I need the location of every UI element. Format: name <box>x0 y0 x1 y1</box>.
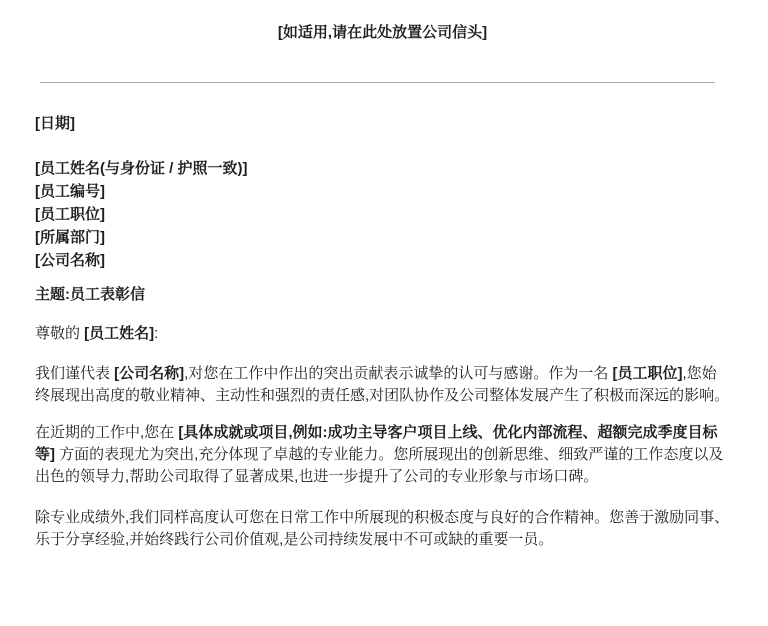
paragraph-run: 在近期的工作中,您在 <box>35 424 178 441</box>
salutation-name-placeholder: [员工姓名] <box>84 325 154 342</box>
date-placeholder: [日期] <box>35 113 730 135</box>
salutation-line: 尊敬的 [员工姓名]: <box>35 323 730 345</box>
divider-line <box>40 82 715 83</box>
paragraph-run: 除专业成绩外,我们同样高度认可您在日常工作中所展现的积极态度与良好的合作精神。您… <box>35 509 729 548</box>
paragraph-appreciation: 我们谨代表 [公司名称],对您在工作中作出的突出贡献表示诚挚的认可与感谢。作为一… <box>35 363 730 407</box>
employee-title-placeholder: [员工职位] <box>613 365 683 382</box>
paragraph-attitude: 除专业成绩外,我们同样高度认可您在日常工作中所展现的积极态度与良好的合作精神。您… <box>35 507 730 551</box>
paragraph-achievements: 在近期的工作中,您在 [具体成就或项目,例如:成功主导客户项目上线、优化内部流程… <box>35 422 730 488</box>
paragraph-run: ,对您在工作中作出的突出贡献表示诚挚的认可与感谢。作为一名 <box>184 365 612 382</box>
letterhead-placeholder: [如适用,请在此处放置公司信头] <box>35 22 730 44</box>
paragraph-run: 我们谨代表 <box>35 365 114 382</box>
salutation-colon: : <box>154 325 158 342</box>
recipient-line-employee-title: [员工职位] <box>35 203 730 226</box>
letter-page: { "page": { "background": "#ffffff", "te… <box>0 0 768 626</box>
recipient-line-employee-id: [员工编号] <box>35 180 730 203</box>
recipient-line-employee-name: [员工姓名(与身份证 / 护照一致)] <box>35 157 730 180</box>
paragraph-run: 方面的表现尤为突出,充分体现了卓越的专业能力。您所展现出的创新思维、细致严谨的工… <box>35 446 723 485</box>
company-name-placeholder: [公司名称] <box>114 365 184 382</box>
recipient-block: [员工姓名(与身份证 / 护照一致)] [员工编号] [员工职位] [所属部门]… <box>35 157 730 272</box>
subject-line: 主题:员工表彰信 <box>35 284 730 306</box>
salutation-prefix: 尊敬的 <box>35 325 84 342</box>
recipient-line-department: [所属部门] <box>35 226 730 249</box>
recipient-line-company-name: [公司名称] <box>35 249 730 272</box>
letter-document: [如适用,请在此处放置公司信头] [日期] [员工姓名(与身份证 / 护照一致)… <box>0 0 768 626</box>
